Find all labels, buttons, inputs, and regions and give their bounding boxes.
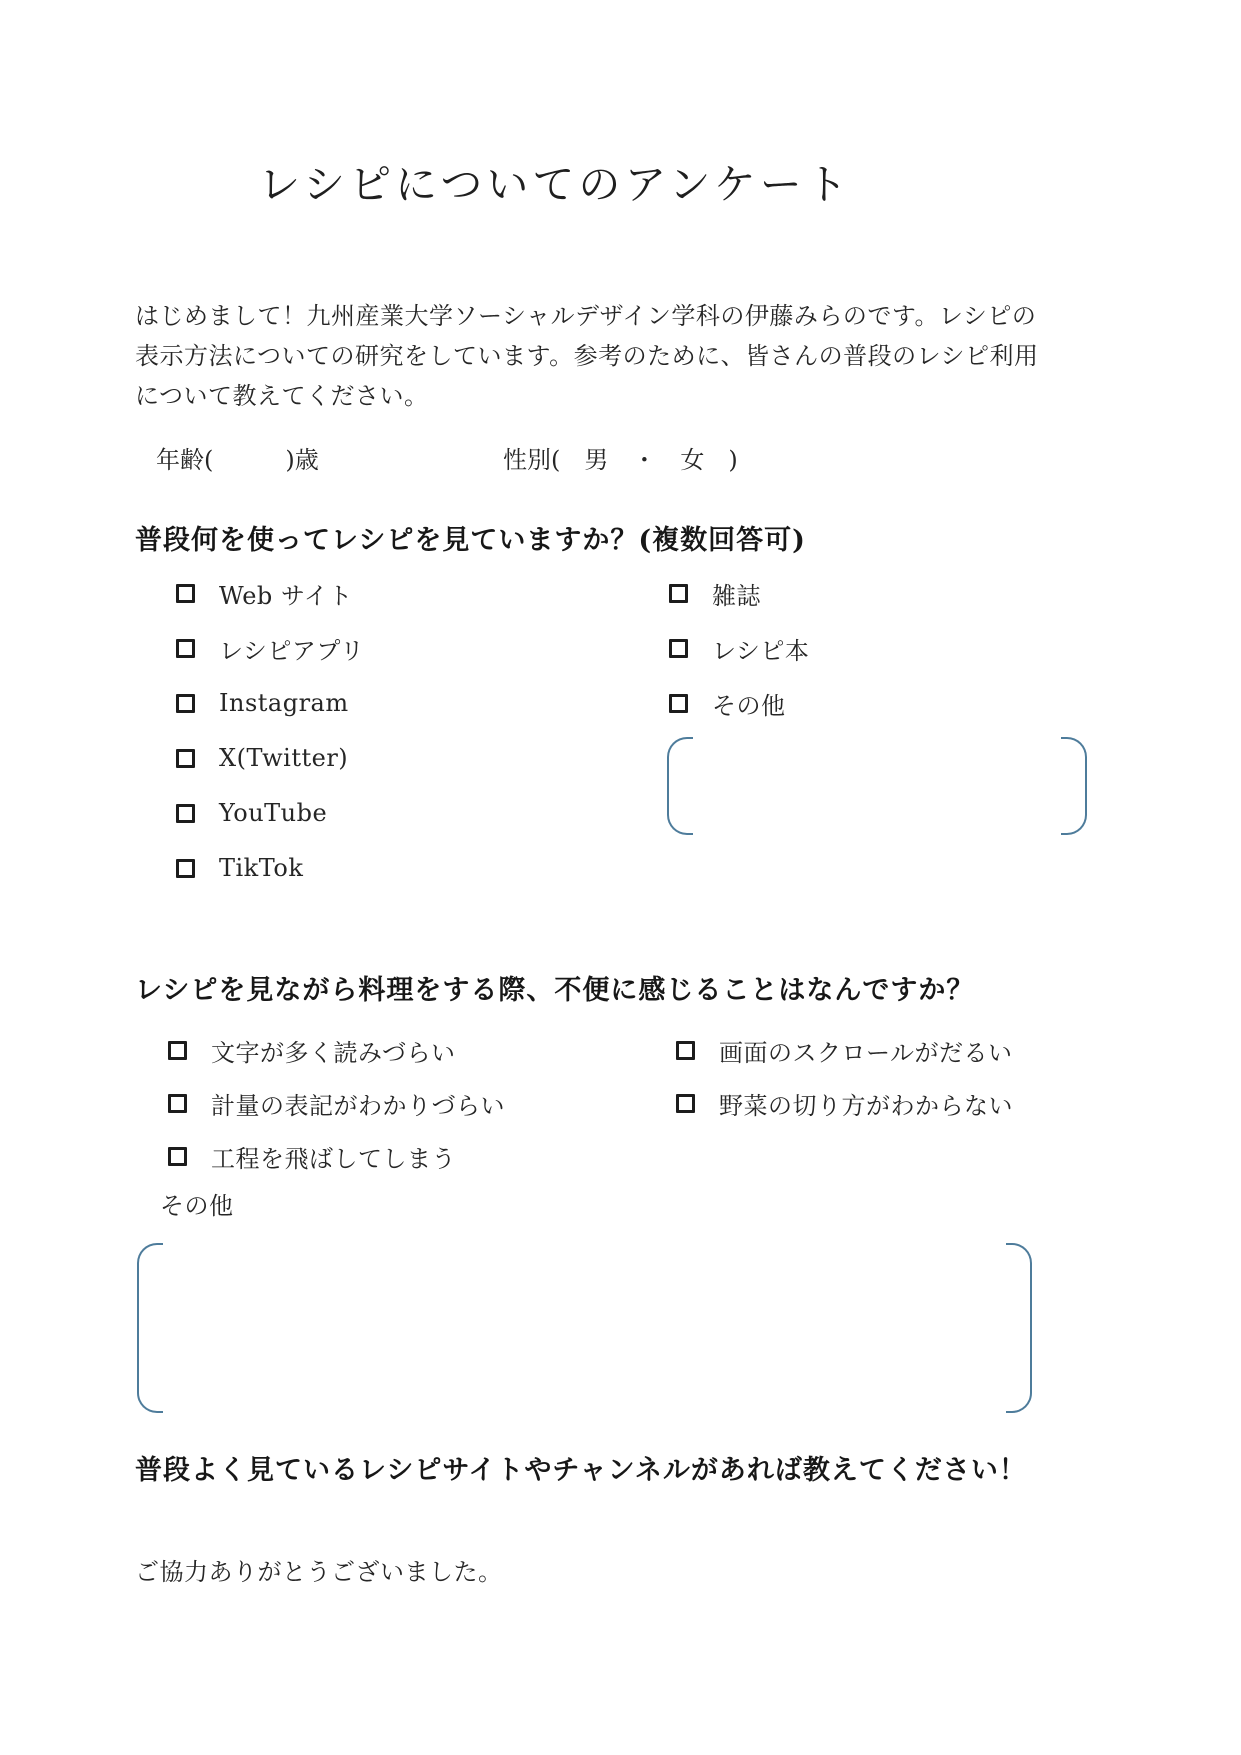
option-label: 文字が多く読みづらい xyxy=(211,1033,456,1068)
option-label: 画面のスクロールがだるい xyxy=(719,1033,1013,1068)
age-field: 年齢( )歳 xyxy=(156,440,319,475)
option-label: X(Twitter) xyxy=(219,744,348,772)
option-label: その他 xyxy=(712,686,786,721)
option-row: Web サイト xyxy=(176,575,364,611)
q1-right-options: 雑誌 レシピ本 その他 xyxy=(669,575,809,721)
page-title: レシピについてのアンケート xyxy=(0,152,1110,212)
demographics-row: 年齢( )歳 性別( 男 ・ 女 ) xyxy=(0,440,1241,476)
left-bracket xyxy=(667,737,693,835)
option-row: レシピ本 xyxy=(669,630,809,666)
checkbox[interactable] xyxy=(176,639,195,658)
checkbox[interactable] xyxy=(176,584,195,603)
q1-left-options: Web サイト レシピアプリ Instagram X(Twitter) YouT… xyxy=(176,575,364,886)
q2-other-label: その他 xyxy=(160,1186,234,1221)
checkbox[interactable] xyxy=(176,804,195,823)
left-bracket xyxy=(137,1243,163,1413)
option-row: Instagram xyxy=(176,685,364,721)
option-row: 工程を飛ばしてしまう xyxy=(168,1138,505,1174)
checkbox[interactable] xyxy=(168,1147,187,1166)
intro-paragraph: はじめまして！九州産業大学ソーシャルデザイン学科の伊藤みらのです。レシピの 表示… xyxy=(135,296,1039,416)
option-row: 画面のスクロールがだるい xyxy=(676,1032,1013,1068)
option-label: レシピ本 xyxy=(712,631,809,666)
option-row: その他 xyxy=(669,685,809,721)
checkbox[interactable] xyxy=(676,1094,695,1113)
option-label: TikTok xyxy=(219,854,303,882)
option-row: 野菜の切り方がわからない xyxy=(676,1085,1013,1121)
right-bracket xyxy=(1061,737,1087,835)
checkbox[interactable] xyxy=(176,694,195,713)
checkbox[interactable] xyxy=(669,694,688,713)
checkbox[interactable] xyxy=(176,749,195,768)
question2-heading: レシピを見ながら料理をする際、不便に感じることはなんですか？ xyxy=(135,968,974,1007)
checkbox[interactable] xyxy=(669,639,688,658)
survey-page: レシピについてのアンケート はじめまして！九州産業大学ソーシャルデザイン学科の伊… xyxy=(0,0,1241,1755)
checkbox[interactable] xyxy=(669,584,688,603)
checkbox[interactable] xyxy=(168,1094,187,1113)
option-row: 雑誌 xyxy=(669,575,809,611)
option-row: YouTube xyxy=(176,795,364,831)
gender-field: 性別( 男 ・ 女 ) xyxy=(503,440,738,475)
checkbox[interactable] xyxy=(676,1041,695,1060)
option-label: Instagram xyxy=(219,689,349,717)
option-row: TikTok xyxy=(176,850,364,886)
option-label: Web サイト xyxy=(219,576,353,611)
q2-other-answer-box[interactable] xyxy=(137,1243,1032,1413)
closing-text: ご協力ありがとうございました。 xyxy=(135,1552,503,1587)
checkbox[interactable] xyxy=(168,1041,187,1060)
option-row: 文字が多く読みづらい xyxy=(168,1032,505,1068)
intro-line: 表示方法についての研究をしています。参考のために、皆さんの普段のレシピ利用 xyxy=(135,336,1039,376)
q2-left-options: 文字が多く読みづらい 計量の表記がわかりづらい 工程を飛ばしてしまう xyxy=(168,1032,505,1174)
option-label: 工程を飛ばしてしまう xyxy=(211,1139,456,1174)
checkbox[interactable] xyxy=(176,859,195,878)
intro-line: はじめまして！九州産業大学ソーシャルデザイン学科の伊藤みらのです。レシピの xyxy=(135,296,1039,336)
option-label: 野菜の切り方がわからない xyxy=(719,1086,1013,1121)
intro-line: について教えてください。 xyxy=(135,376,1039,416)
option-label: YouTube xyxy=(219,799,327,827)
q2-right-options: 画面のスクロールがだるい 野菜の切り方がわからない xyxy=(676,1032,1013,1121)
question1-heading: 普段何を使ってレシピを見ていますか？(複数回答可) xyxy=(135,518,806,557)
option-row: X(Twitter) xyxy=(176,740,364,776)
option-row: 計量の表記がわかりづらい xyxy=(168,1085,505,1121)
option-label: 雑誌 xyxy=(712,576,761,611)
question3-heading: 普段よく見ているレシピサイトやチャンネルがあれば教えてください！ xyxy=(135,1448,1027,1487)
option-label: 計量の表記がわかりづらい xyxy=(211,1086,505,1121)
q1-other-answer-box[interactable] xyxy=(667,737,1087,835)
right-bracket xyxy=(1006,1243,1032,1413)
option-row: レシピアプリ xyxy=(176,630,364,666)
option-label: レシピアプリ xyxy=(219,631,364,666)
